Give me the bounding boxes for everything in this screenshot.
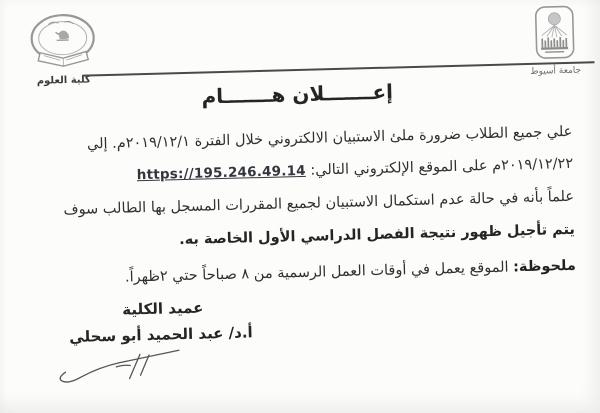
dean-name: أ.د/ عبد الحميد أبو سحلي <box>43 323 278 347</box>
scan-tilt-wrapper: كلية العلوم <box>0 0 600 413</box>
assiut-university-emblem-icon <box>534 5 575 60</box>
note-text: الموقع يعمل في أوقات العمل الرسمية من ٨ … <box>125 259 514 285</box>
survey-website-url: https://195.246.49.14 <box>137 163 306 183</box>
scanned-announcement-page: كلية العلوم <box>0 0 600 413</box>
faculty-of-science-emblem-icon <box>22 11 103 71</box>
body-line-4-warning: يتم تأجيل ظهور نتيجة الفصل الدراسي الأول… <box>179 217 575 253</box>
handwritten-signature <box>52 347 185 390</box>
dean-title: عميد الكلية <box>98 298 228 319</box>
body-line-2-text: ٢٠١٩/١٢/٢٢م على الموقع الإلكتروني التالي… <box>306 156 574 179</box>
note-label: ملحوظة: <box>513 258 576 276</box>
body-note-line: ملحوظة: الموقع يعمل في أوقات العمل الرسم… <box>125 253 576 291</box>
university-logo-block: جامعة أسيوط <box>521 4 589 77</box>
header-divider-rule <box>83 61 595 76</box>
body-line-3: علماً بأنه في حالة عدم استكمال الاستبيان… <box>63 184 574 223</box>
signature-scribble-icon <box>52 347 185 386</box>
body-line-2: ٢٠١٩/١٢/٢٢م على الموقع الإلكتروني التالي… <box>136 151 573 188</box>
